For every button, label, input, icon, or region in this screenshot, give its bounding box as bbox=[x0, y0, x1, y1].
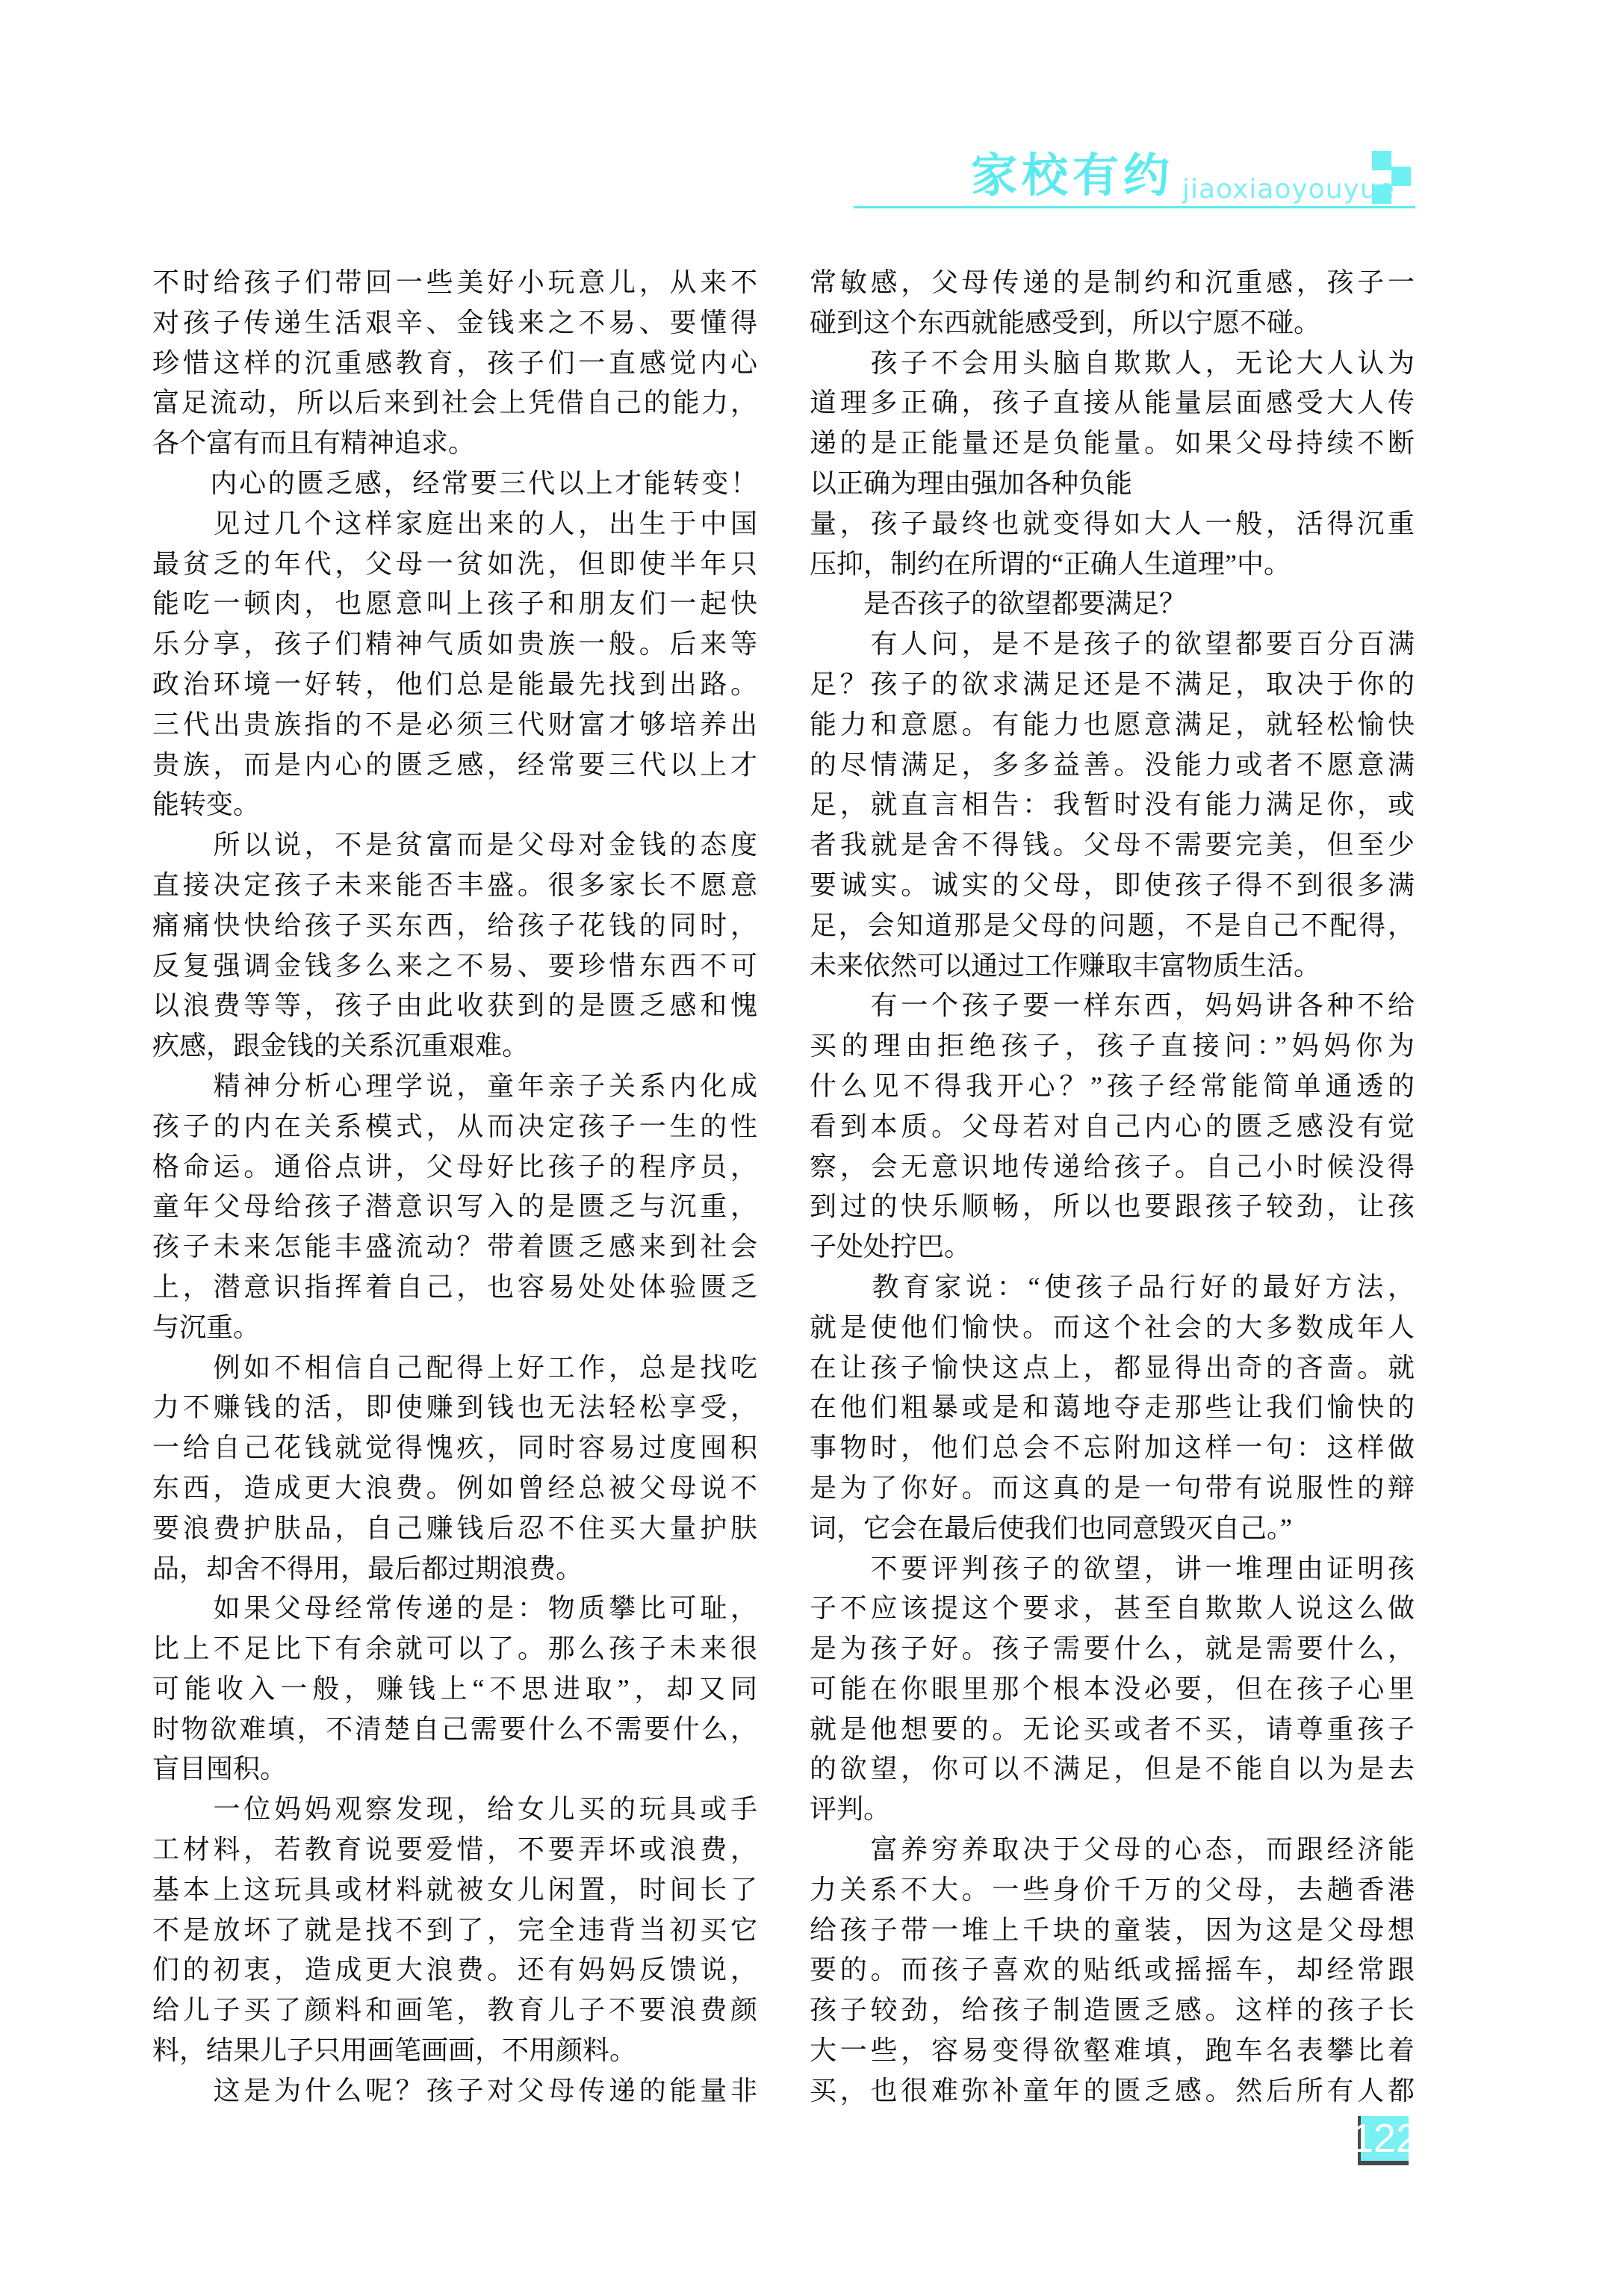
text-line: 足，会知道那是父母的问题，不是自己不配得， bbox=[810, 906, 1415, 946]
text-line: 子不应该提这个要求，甚至自欺欺人说这么做 bbox=[810, 1589, 1415, 1629]
text-line: 能转变。 bbox=[152, 785, 757, 825]
text-line: 有一个孩子要一样东西，妈妈讲各种不给 bbox=[810, 986, 1415, 1026]
text-line: 一给自己花钱就觉得愧疚，同时容易过度囤积 bbox=[152, 1428, 757, 1468]
text-line: 一位妈妈观察发现，给女儿买的玩具或手 bbox=[152, 1790, 757, 1830]
text-line: 在他们粗暴或是和蔼地夺走那些让我们愉快的 bbox=[810, 1388, 1415, 1428]
text-line: 三代出贵族指的不是必须三代财富才够培养出 bbox=[152, 705, 757, 745]
text-line: 料，结果儿子只用画笔画画，不用颜料。 bbox=[152, 2031, 757, 2071]
text-line: 痛痛快快给孩子买东西，给孩子花钱的同时， bbox=[152, 906, 757, 946]
text-line: 看到本质。父母若对自己内心的匮乏感没有觉 bbox=[810, 1107, 1415, 1147]
text-line: 察，会无意识地传递给孩子。自己小时候没得 bbox=[810, 1147, 1415, 1188]
deco-square-icon bbox=[1372, 151, 1391, 170]
text-line: 与沉重。 bbox=[152, 1308, 757, 1348]
text-line: 力不赚钱的活，即使赚到钱也无法轻松享受， bbox=[152, 1388, 757, 1428]
text-line: 的尽情满足，多多益善。没能力或者不愿意满 bbox=[810, 745, 1415, 786]
text-line: 有人问，是不是孩子的欲望都要百分百满 bbox=[810, 624, 1415, 665]
text-line: 见过几个这样家庭出来的人，出生于中国 bbox=[152, 504, 757, 544]
text-line: 直接决定孩子未来能否丰盛。很多家长不愿意 bbox=[152, 866, 757, 906]
text-line: 买的理由拒绝孩子，孩子直接问：”妈妈你为 bbox=[810, 1026, 1415, 1067]
text-line: 时物欲难填，不清楚自己需要什么不需要什么， bbox=[152, 1710, 757, 1750]
text-line: 要诚实。诚实的父母，即使孩子得不到很多满 bbox=[810, 866, 1415, 906]
deco-square-icon bbox=[1391, 167, 1411, 186]
text-line: 什么见不得我开心？”孩子经常能简单通透的 bbox=[810, 1067, 1415, 1107]
text-line: 要的。而孩子喜欢的贴纸或摇摇车，却经常跟 bbox=[810, 1950, 1415, 1991]
text-line: 碰到这个东西就能感受到，所以宁愿不碰。 bbox=[810, 303, 1415, 344]
text-line: 东西，造成更大浪费。例如曾经总被父母说不 bbox=[152, 1468, 757, 1509]
text-line: 递的是正能量还是负能量。如果父母持续不断 bbox=[810, 423, 1415, 464]
text-line: 工材料，若教育说要爱惜，不要弄坏或浪费， bbox=[152, 1830, 757, 1870]
text-line: 子处处拧巴。 bbox=[810, 1227, 1415, 1268]
text-line: 上，潜意识指挥着自己，也容易处处体验匮乏 bbox=[152, 1268, 757, 1308]
text-line: 不要评判孩子的欲望，讲一堆理由证明孩 bbox=[810, 1549, 1415, 1589]
text-line: 富养穷养取决于父母的心态，而跟经济能 bbox=[810, 1830, 1415, 1870]
magazine-page: { "header": { "title": "家校有约", "pinyin":… bbox=[0, 0, 1605, 2296]
text-line: 教育家说：“使孩子品行好的最好方法， bbox=[810, 1268, 1415, 1308]
text-line: 能力和意愿。有能力也愿意满足，就轻松愉快 bbox=[810, 705, 1415, 745]
text-line: 精神分析心理学说，童年亲子关系内化成 bbox=[152, 1067, 757, 1107]
text-line: 可能在你眼里那个根本没必要，但在孩子心里 bbox=[810, 1669, 1415, 1710]
page-number-badge: 122 bbox=[1358, 2116, 1409, 2165]
text-line: 比上不足比下有余就可以了。那么孩子未来很 bbox=[152, 1629, 757, 1669]
text-line: 是为孩子好。孩子需要什么，就是需要什么， bbox=[810, 1629, 1415, 1669]
text-line: 品，却舍不得用，最后都过期浪费。 bbox=[152, 1549, 757, 1589]
text-line: 足？孩子的欲求满足还是不满足，取决于你的 bbox=[810, 665, 1415, 705]
article-column-left: 不时给孩子们带回一些美好小玩意儿，从来不对孩子传递生活艰辛、金钱来之不易、要懂得… bbox=[152, 263, 757, 2112]
text-line: 道理多正确，孩子直接从能量层面感受大人传 bbox=[810, 383, 1415, 423]
text-line: 词，它会在最后使我们也同意毁灭自己。” bbox=[810, 1509, 1415, 1549]
text-line: 以浪费等等，孩子由此收获到的是匮乏感和愧 bbox=[152, 986, 757, 1026]
text-line: 各个富有而且有精神追求。 bbox=[152, 423, 757, 464]
text-line: 最贫乏的年代，父母一贫如洗，但即使半年只 bbox=[152, 544, 757, 585]
text-line: 未来依然可以通过工作赚取丰富物质生活。 bbox=[810, 946, 1415, 987]
text-line: 在让孩子愉快这点上，都显得出奇的吝啬。就 bbox=[810, 1348, 1415, 1389]
text-line: 反复强调金钱多么来之不易、要珍惜东西不可 bbox=[152, 946, 757, 987]
text-line: 孩子较劲，给孩子制造匮乏感。这样的孩子长 bbox=[810, 1991, 1415, 2031]
text-line: 贵族，而是内心的匮乏感，经常要三代以上才 bbox=[152, 745, 757, 786]
text-line: 例如不相信自己配得上好工作，总是找吃 bbox=[152, 1348, 757, 1389]
text-line: 评判。 bbox=[810, 1790, 1415, 1830]
text-line: 所以说，不是贫富而是父母对金钱的态度 bbox=[152, 825, 757, 866]
text-line: 的欲望，你可以不满足，但是不能自以为是去 bbox=[810, 1749, 1415, 1790]
header-underline bbox=[854, 206, 1415, 208]
text-line: 乐分享，孩子们精神气质如贵族一般。后来等 bbox=[152, 624, 757, 665]
text-line: 基本上这玩具或材料就被女儿闲置，时间长了 bbox=[152, 1870, 757, 1911]
text-line: 可能收入一般，赚钱上“不思进取”，却又同 bbox=[152, 1669, 757, 1710]
text-line: 能吃一顿肉，也愿意叫上孩子和朋友们一起快 bbox=[152, 584, 757, 624]
text-line: 给儿子买了颜料和画笔，教育儿子不要浪费颜 bbox=[152, 1991, 757, 2031]
text-line: 孩子的内在关系模式，从而决定孩子一生的性 bbox=[152, 1107, 757, 1147]
text-line: 压抑，制约在所谓的“正确人生道理”中。 bbox=[810, 544, 1415, 585]
text-line: 就是他想要的。无论买或者不买，请尊重孩子 bbox=[810, 1710, 1415, 1750]
text-line: 事物时，他们总会不忘附加这样一句：这样做 bbox=[810, 1428, 1415, 1468]
text-line: 如果父母经常传递的是：物质攀比可耻， bbox=[152, 1589, 757, 1629]
text-line: 孩子不会用头脑自欺欺人，无论大人认为 bbox=[810, 344, 1415, 384]
text-line: 们的初衷，造成更大浪费。还有妈妈反馈说， bbox=[152, 1950, 757, 1991]
text-line: 疚感，跟金钱的关系沉重艰难。 bbox=[152, 1026, 757, 1067]
text-line: 给孩子带一堆上千块的童装，因为这是父母想 bbox=[810, 1911, 1415, 1951]
text-line: 力关系不大。一些身价千万的父母，去趟香港 bbox=[810, 1870, 1415, 1911]
text-line: 对孩子传递生活艰辛、金钱来之不易、要懂得 bbox=[152, 303, 757, 344]
text-line: 大一些，容易变得欲壑难填，跑车名表攀比着 bbox=[810, 2031, 1415, 2071]
text-line: 就是使他们愉快。而这个社会的大多数成年人 bbox=[810, 1308, 1415, 1348]
text-line: 要浪费护肤品，自己赚钱后忍不住买大量护肤 bbox=[152, 1509, 757, 1549]
text-line: 量，孩子最终也就变得如大人一般，活得沉重 bbox=[810, 504, 1415, 544]
text-line: 是否孩子的欲望都要满足？ bbox=[810, 584, 1415, 624]
text-line: 内心的匮乏感，经常要三代以上才能转变！ bbox=[152, 464, 757, 504]
text-line: 足，就直言相告：我暂时没有能力满足你，或 bbox=[810, 785, 1415, 825]
section-title: 家校有约 bbox=[971, 149, 1174, 202]
text-line: 常敏感，父母传递的是制约和沉重感，孩子一 bbox=[810, 263, 1415, 303]
text-line: 买，也很难弥补童年的匮乏感。然后所有人都 bbox=[810, 2071, 1415, 2112]
text-line: 盲目囤积。 bbox=[152, 1749, 757, 1790]
page-number: 122 bbox=[1361, 2116, 1409, 2161]
text-line: 者我就是舍不得钱。父母不需要完美，但至少 bbox=[810, 825, 1415, 866]
text-line: 以正确为理由强加各种负能 bbox=[810, 464, 1415, 504]
text-line: 孩子未来怎能丰盛流动？带着匮乏感来到社会 bbox=[152, 1227, 757, 1268]
section-title-pinyin: jiaoxiaoyouyue bbox=[1182, 175, 1395, 205]
deco-square-icon bbox=[1372, 184, 1391, 204]
text-line: 格命运。通俗点讲，父母好比孩子的程序员， bbox=[152, 1147, 757, 1188]
text-line: 政治环境一好转，他们总是能最先找到出路。 bbox=[152, 665, 757, 705]
text-line: 到过的快乐顺畅，所以也要跟孩子较劲，让孩 bbox=[810, 1187, 1415, 1227]
text-line: 不时给孩子们带回一些美好小玩意儿，从来不 bbox=[152, 263, 757, 303]
text-line: 珍惜这样的沉重感教育，孩子们一直感觉内心 bbox=[152, 344, 757, 384]
text-line: 富足流动，所以后来到社会上凭借自己的能力， bbox=[152, 383, 757, 423]
page-background: 家校有约 jiaoxiaoyouyue 不时给孩子们带回一些美好小玩意儿，从来不… bbox=[0, 0, 1605, 2296]
article-column-right: 常敏感，父母传递的是制约和沉重感，孩子一碰到这个东西就能感受到，所以宁愿不碰。 … bbox=[810, 263, 1415, 2112]
text-line: 不是放坏了就是找不到了，完全违背当初买它 bbox=[152, 1911, 757, 1951]
text-line: 童年父母给孩子潜意识写入的是匮乏与沉重， bbox=[152, 1187, 757, 1227]
text-line: 是为了你好。而这真的是一句带有说服性的辩 bbox=[810, 1468, 1415, 1509]
text-line: 这是为什么呢？孩子对父母传递的能量非 bbox=[152, 2071, 757, 2112]
